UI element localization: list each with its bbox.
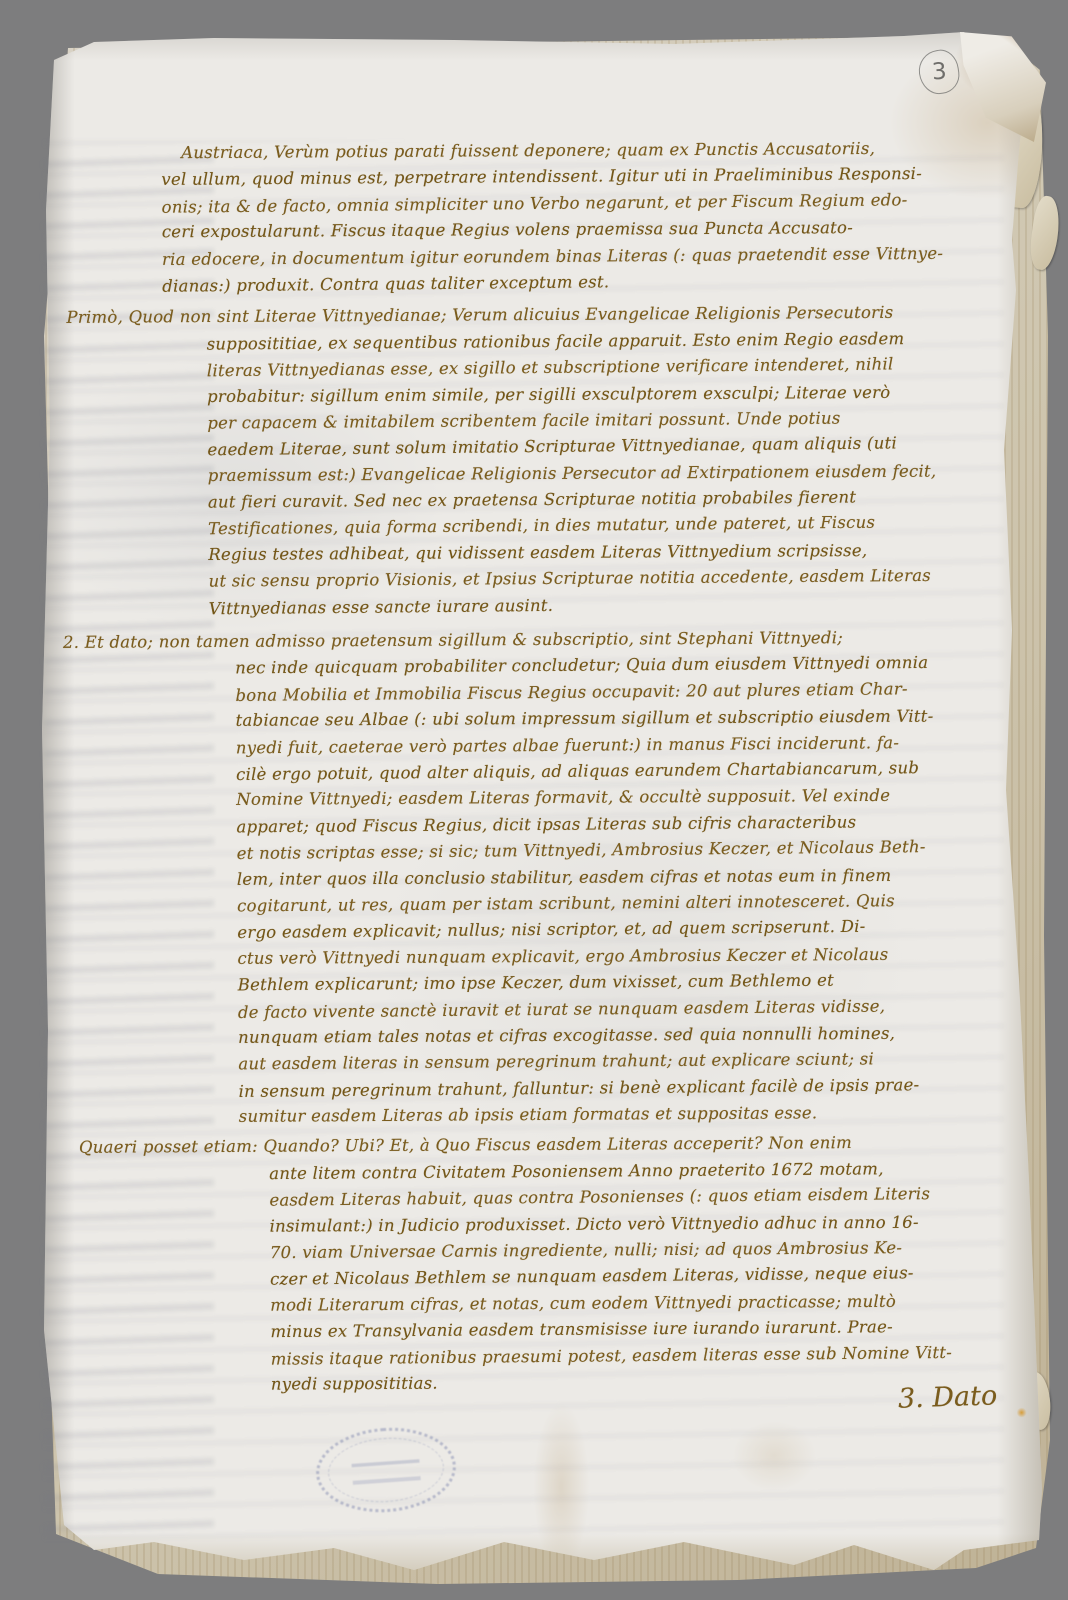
archive-stamp-icon [313, 1423, 459, 1517]
manuscript-paragraph: Quaeri posset etiam: Quando? Ubi? Et, à … [63, 1129, 1020, 1400]
manuscript-paragraph: Austriaca, Verùm potius parati fuissent … [55, 134, 1011, 300]
manuscript-line: ctus verò Vittnyedi nunquam explicavit, … [61, 941, 1016, 973]
manuscript-text-block: Austriaca, Verùm potius parati fuissent … [55, 134, 1020, 1400]
manuscript-paragraph: 2. Et dato; non tamen admisso praetensum… [59, 623, 1018, 1132]
manuscript-line: lem, inter quos illa conclusio stabilitu… [61, 862, 1016, 894]
folio-number: 3 [931, 59, 947, 86]
manuscript-line: modi Literarum cifras, et notas, cum eod… [64, 1288, 1019, 1320]
manuscript-line: insimulant:) in Judicio produxisset. Dic… [64, 1209, 1019, 1241]
manuscript-paragraph: Primò, Quod non sint Literae Vittnyedian… [56, 299, 1013, 623]
manuscript-line: probabitur: sigillum enim simile, per si… [57, 379, 1012, 411]
manuscript-line: praemissum est:) Evangelicae Religionis … [58, 458, 1013, 490]
scanned-manuscript-view: { "document": { "page_number": "3", "cat… [0, 0, 1068, 1600]
catchword: 3. Dato [897, 1380, 997, 1414]
manuscript-line: Regius testes adhibeat, qui vidissent ea… [58, 537, 1013, 569]
manuscript-line: sumitur easdem Literas ab ipsis etiam fo… [63, 1099, 1018, 1131]
